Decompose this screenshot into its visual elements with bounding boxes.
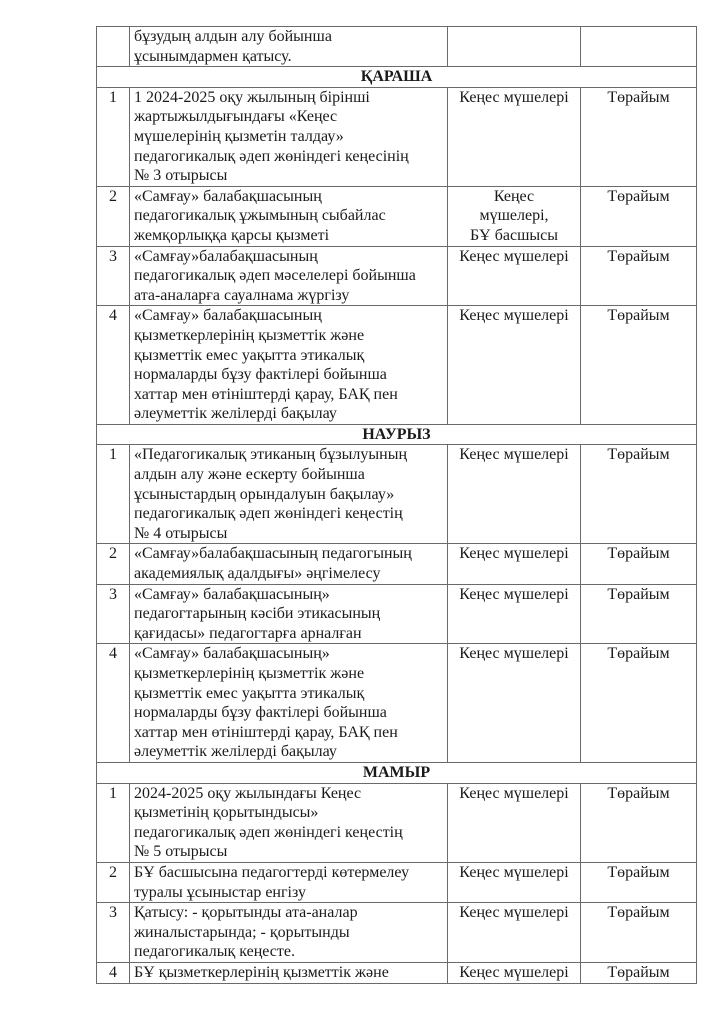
- row-number-cell: 2: [97, 544, 130, 584]
- row-number-cell: 4: [97, 306, 130, 425]
- executor-text-cell: Төрайым: [581, 783, 697, 862]
- executor-text: Төрайым: [585, 963, 692, 983]
- table-row: 3«Самғау»балабақшасының педагогикалық әд…: [97, 246, 697, 306]
- table-row: 2«Самғау» балабақшасының педагогикалық ұ…: [97, 186, 697, 246]
- executor-text: Төрайым: [585, 88, 692, 108]
- executor-text: Төрайым: [585, 247, 692, 267]
- table-row: 3Қатысу: - қорытынды ата-аналар жиналыст…: [97, 903, 697, 963]
- row-number: 1: [101, 445, 125, 465]
- responsible-text: Кеңес мүшелері: [452, 644, 576, 664]
- row-number: 2: [101, 544, 125, 564]
- responsible-text: Кеңес мүшелері: [452, 784, 576, 804]
- responsible-text-cell: Кеңес мүшелері: [448, 306, 581, 425]
- table-row: 4«Самғау» балабақшасының» қызметкерлерін…: [97, 644, 697, 763]
- row-number-cell: 4: [97, 644, 130, 763]
- month-header-row: МАМЫР: [97, 762, 697, 783]
- responsible-text: Кеңес мүшелері: [452, 863, 576, 883]
- row-number-cell: 1: [97, 87, 130, 186]
- table-row: 3«Самғау» балабақшасының» педагогтарының…: [97, 584, 697, 644]
- executor-text: Төрайым: [585, 306, 692, 326]
- row-number-cell: 2: [97, 186, 130, 246]
- event-text-cell: «Самғау» балабақшасының» қызметкерлеріні…: [130, 644, 448, 763]
- executor-text-cell: Төрайым: [581, 962, 697, 983]
- ethics-council-plan-table: бұзудың алдын алу бойынша ұсынымдармен қ…: [96, 26, 697, 984]
- row-number: 1: [101, 784, 125, 804]
- row-number: 4: [101, 644, 125, 664]
- row-number-cell: 1: [97, 783, 130, 862]
- executor-text-cell: Төрайым: [581, 544, 697, 584]
- row-number-cell: 1: [97, 445, 130, 544]
- month-heading: НАУРЫЗ: [97, 424, 697, 445]
- row-number-cell: [97, 27, 130, 67]
- row-number-cell: 3: [97, 584, 130, 644]
- responsible-text-cell: Кеңес мүшелері: [448, 584, 581, 644]
- responsible-text-cell: Кеңес мүшелері: [448, 87, 581, 186]
- row-number-cell: 2: [97, 862, 130, 902]
- event-text: «Педагогикалық этиканың бұзылуының алдын…: [134, 445, 443, 543]
- row-number: 4: [101, 963, 125, 983]
- responsible-text: Кеңес мүшелері: [452, 903, 576, 923]
- event-text-cell: Қатысу: - қорытынды ата-аналар жиналыста…: [130, 903, 448, 963]
- table-row: 4БҰ қызметкерлерінің қызметтік жәнеКеңес…: [97, 962, 697, 983]
- table-row: 4 «Самғау» балабақшасының қызметкерлерін…: [97, 306, 697, 425]
- row-number: 3: [101, 247, 125, 267]
- event-text: БҰ басшысына педагогтерді көтермелеу тур…: [134, 863, 443, 902]
- executor-text-cell: Төрайым: [581, 584, 697, 644]
- executor-text: Төрайым: [585, 585, 692, 605]
- row-number-cell: 3: [97, 903, 130, 963]
- executor-text: Төрайым: [585, 863, 692, 883]
- month-heading: МАМЫР: [97, 762, 697, 783]
- event-text: бұзудың алдын алу бойынша ұсынымдармен қ…: [134, 27, 443, 66]
- responsible-text-cell: Кеңес мүшелері: [448, 445, 581, 544]
- event-text-cell: 2024-2025 оқу жылындағы Кеңес қызметінің…: [130, 783, 448, 862]
- responsible-text: Кеңес мүшелері: [452, 247, 576, 267]
- responsible-text: Кеңес мүшелері, БҰ басшысы: [452, 187, 576, 246]
- responsible-text: Кеңес мүшелері: [452, 963, 576, 983]
- table-row: 11 2024-2025 оқу жылының бірінші жартыжы…: [97, 87, 697, 186]
- responsible-text-cell: Кеңес мүшелері: [448, 903, 581, 963]
- responsible-text-cell: Кеңес мүшелері: [448, 246, 581, 306]
- executor-cell: [581, 27, 697, 67]
- event-text-cell: «Самғау»балабақшасының педагогының акаде…: [130, 544, 448, 584]
- executor-text: Төрайым: [585, 445, 692, 465]
- event-text: «Самғау»балабақшасының педагогикалық әде…: [134, 247, 443, 306]
- month-heading: ҚАРАША: [97, 67, 697, 88]
- document-page: бұзудың алдын алу бойынша ұсынымдармен қ…: [0, 0, 724, 1024]
- executor-text-cell: Төрайым: [581, 87, 697, 186]
- executor-text-cell: Төрайым: [581, 644, 697, 763]
- row-number: 3: [101, 903, 125, 923]
- event-text: Қатысу: - қорытынды ата-аналар жиналыста…: [134, 903, 443, 962]
- responsible-text-cell: Кеңес мүшелері: [448, 862, 581, 902]
- event-text-cell: «Самғау» балабақшасының педагогикалық ұж…: [130, 186, 448, 246]
- executor-text: Төрайым: [585, 784, 692, 804]
- event-cell: бұзудың алдын алу бойынша ұсынымдармен қ…: [130, 27, 448, 67]
- event-text-cell: «Самғау» балабақшасының қызметкерлерінің…: [130, 306, 448, 425]
- table-row: 2«Самғау»балабақшасының педагогының акад…: [97, 544, 697, 584]
- month-header-row: НАУРЫЗ: [97, 424, 697, 445]
- event-text-cell: БҰ басшысына педагогтерді көтермелеу тур…: [130, 862, 448, 902]
- responsible-text-cell: Кеңес мүшелері, БҰ басшысы: [448, 186, 581, 246]
- event-text: «Самғау» балабақшасының» қызметкерлеріні…: [134, 644, 443, 762]
- row-number: 3: [101, 585, 125, 605]
- responsible-text-cell: Кеңес мүшелері: [448, 544, 581, 584]
- executor-text: Төрайым: [585, 903, 692, 923]
- executor-text-cell: Төрайым: [581, 246, 697, 306]
- responsible-text: Кеңес мүшелері: [452, 585, 576, 605]
- executor-text-cell: Төрайым: [581, 445, 697, 544]
- event-text: «Самғау» балабақшасының» педагогтарының …: [134, 585, 443, 644]
- executor-text: Төрайым: [585, 187, 692, 207]
- row-number-cell: 4: [97, 962, 130, 983]
- responsible-text: Кеңес мүшелері: [452, 306, 576, 326]
- executor-text-cell: Төрайым: [581, 186, 697, 246]
- row-number: 4: [101, 306, 125, 326]
- table-row: 12024-2025 оқу жылындағы Кеңес қызметіні…: [97, 783, 697, 862]
- event-text-cell: «Педагогикалық этиканың бұзылуының алдын…: [130, 445, 448, 544]
- table-row-continuation: бұзудың алдын алу бойынша ұсынымдармен қ…: [97, 27, 697, 67]
- responsible-text: Кеңес мүшелері: [452, 544, 576, 564]
- executor-text-cell: Төрайым: [581, 862, 697, 902]
- event-text: «Самғау» балабақшасының педагогикалық ұж…: [134, 187, 443, 246]
- event-text: 1 2024-2025 оқу жылының бірінші жартыжыл…: [134, 88, 443, 186]
- month-header-row: ҚАРАША: [97, 67, 697, 88]
- event-text: «Самғау» балабақшасының қызметкерлерінің…: [134, 306, 443, 424]
- responsible-text-cell: Кеңес мүшелері: [448, 783, 581, 862]
- row-number: 2: [101, 187, 125, 207]
- table-row: 1«Педагогикалық этиканың бұзылуының алды…: [97, 445, 697, 544]
- row-number-cell: 3: [97, 246, 130, 306]
- event-text-cell: «Самғау»балабақшасының педагогикалық әде…: [130, 246, 448, 306]
- event-text: «Самғау»балабақшасының педагогының акаде…: [134, 544, 443, 583]
- event-text-cell: БҰ қызметкерлерінің қызметтік және: [130, 962, 448, 983]
- responsible-text-cell: Кеңес мүшелері: [448, 962, 581, 983]
- responsible-text: Кеңес мүшелері: [452, 445, 576, 465]
- executor-text: Төрайым: [585, 644, 692, 664]
- executor-text-cell: Төрайым: [581, 903, 697, 963]
- responsible-cell: [448, 27, 581, 67]
- table-row: 2БҰ басшысына педагогтерді көтермелеу ту…: [97, 862, 697, 902]
- responsible-text: Кеңес мүшелері: [452, 88, 576, 108]
- event-text: БҰ қызметкерлерінің қызметтік және: [134, 963, 443, 983]
- executor-text-cell: Төрайым: [581, 306, 697, 425]
- row-number: 1: [101, 88, 125, 108]
- executor-text: Төрайым: [585, 544, 692, 564]
- plan-table-body: бұзудың алдын алу бойынша ұсынымдармен қ…: [97, 27, 697, 984]
- row-number: 2: [101, 863, 125, 883]
- event-text: 2024-2025 оқу жылындағы Кеңес қызметінің…: [134, 784, 443, 862]
- responsible-text-cell: Кеңес мүшелері: [448, 644, 581, 763]
- event-text-cell: 1 2024-2025 оқу жылының бірінші жартыжыл…: [130, 87, 448, 186]
- event-text-cell: «Самғау» балабақшасының» педагогтарының …: [130, 584, 448, 644]
